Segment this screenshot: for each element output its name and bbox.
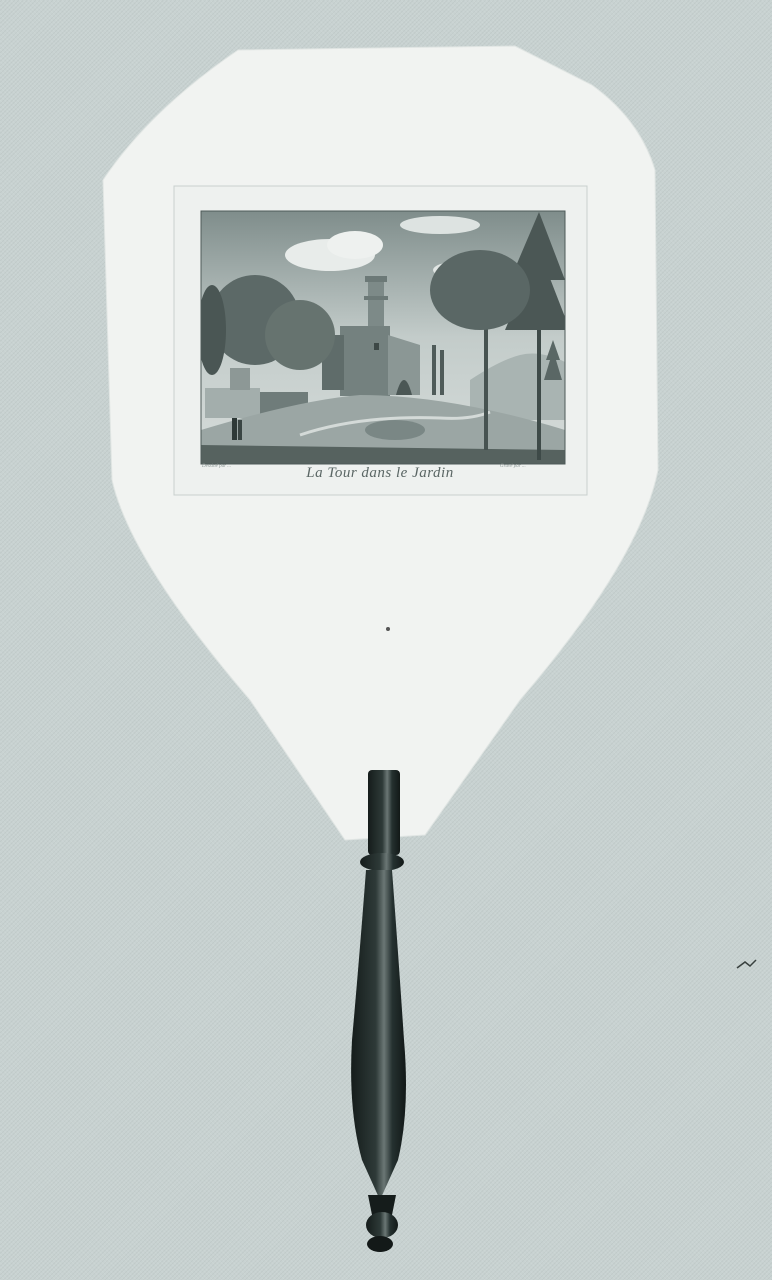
fan-handle [351, 770, 406, 1252]
engraving [198, 211, 570, 464]
photo-stage: Dessiné par ... La Tour dans le Jardin G… [0, 0, 772, 1280]
engraver-credit: Gravé par ... [500, 464, 526, 469]
fan-illustration [0, 0, 772, 1280]
